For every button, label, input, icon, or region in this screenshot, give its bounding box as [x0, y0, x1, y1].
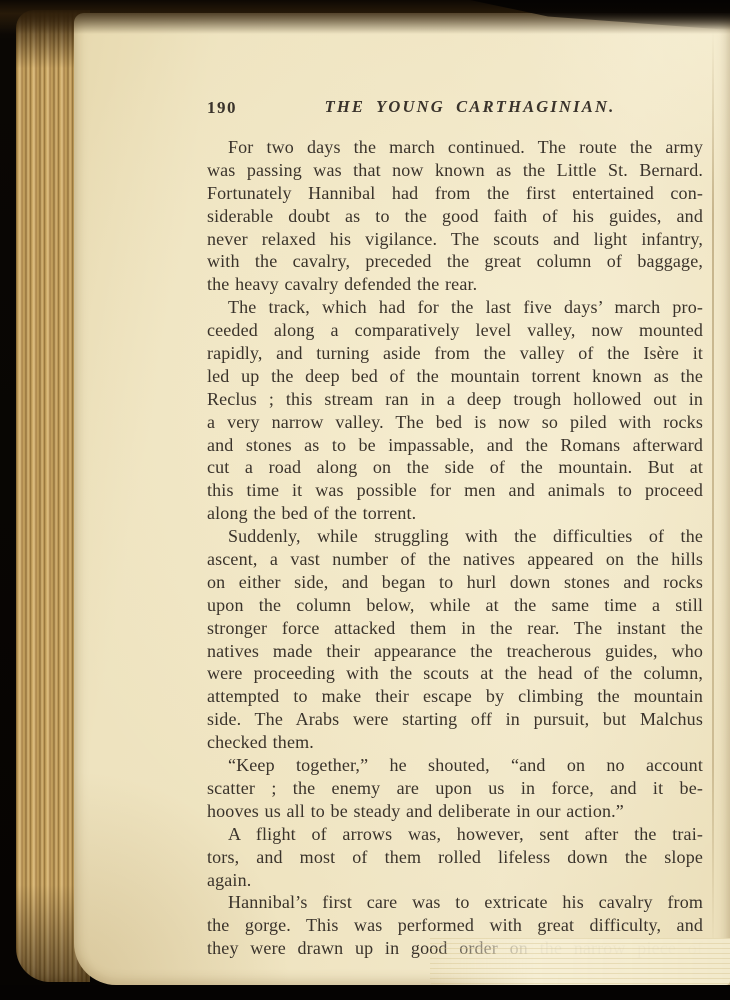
text-line: with the cavalry, preceded the great col…: [207, 250, 703, 273]
text-line: side. The Arabs were starting off in pur…: [207, 708, 703, 731]
paragraph: A flight of arrows was, however, sent af…: [207, 823, 703, 892]
text-line: attempted to make their escape by climbi…: [207, 685, 703, 708]
text-line: “Keep together,” he shouted, “and on no …: [207, 754, 703, 777]
page-header: 190 THE YOUNG CARTHAGINIAN.: [207, 97, 703, 121]
body-text: For two days the march continued. The ro…: [207, 136, 703, 960]
text-line: stronger force attacked them in the rear…: [207, 617, 703, 640]
page-crease: [712, 30, 714, 950]
text-line: scatter ; the enemy are upon us in force…: [207, 777, 703, 800]
text-line: the gorge. This was performed with great…: [207, 914, 703, 937]
text-line: hooves us all to be steady and deliberat…: [207, 800, 703, 823]
text-line: were proceeding with the scouts at the h…: [207, 662, 703, 685]
text-line: was passing was that now known as the Li…: [207, 159, 703, 182]
text-line: upon the column below, while at the same…: [207, 594, 703, 617]
paragraph: Suddenly, while struggling with the diff…: [207, 525, 703, 754]
text-line: along the bed of the torrent.: [207, 502, 703, 525]
text-line: Suddenly, while struggling with the diff…: [207, 525, 703, 548]
paragraph: For two days the march continued. The ro…: [207, 136, 703, 296]
text-line: the heavy cavalry defended the rear.: [207, 273, 703, 296]
paragraph: The track, which had for the last five d…: [207, 296, 703, 525]
text-line: led up the deep bed of the mountain torr…: [207, 365, 703, 388]
text-line: Reclus ; this stream ran in a deep troug…: [207, 388, 703, 411]
text-line: natives made their appearance the treach…: [207, 640, 703, 663]
text-line: ascent, a vast number of the natives app…: [207, 548, 703, 571]
running-title: THE YOUNG CARTHAGINIAN.: [207, 97, 703, 117]
text-line: a very narrow valley. The bed is now so …: [207, 411, 703, 434]
text-line: The track, which had for the last five d…: [207, 296, 703, 319]
text-line: tors, and most of them rolled lifeless d…: [207, 846, 703, 869]
text-line: cut a road along on the side of the moun…: [207, 456, 703, 479]
text-line: checked them.: [207, 731, 703, 754]
paragraph: “Keep together,” he shouted, “and on no …: [207, 754, 703, 823]
text-line: never relaxed his vigilance. The scouts …: [207, 228, 703, 251]
text-line: again.: [207, 869, 703, 892]
text-line: Hannibal’s first care was to extricate h…: [207, 891, 703, 914]
printed-text-block: 190 THE YOUNG CARTHAGINIAN. For two days…: [207, 97, 703, 960]
text-line: A flight of arrows was, however, sent af…: [207, 823, 703, 846]
photo-background: 190 THE YOUNG CARTHAGINIAN. For two days…: [0, 0, 730, 1000]
book-page-edges-bottom: [430, 938, 730, 985]
text-line: Fortunately Hannibal had from the first …: [207, 182, 703, 205]
text-line: and stones as to be impassable, and the …: [207, 434, 703, 457]
text-line: For two days the march continued. The ro…: [207, 136, 703, 159]
page-number: 190: [207, 98, 237, 118]
text-line: siderable doubt as to the good faith of …: [207, 205, 703, 228]
photo-bottom-edge: [0, 985, 730, 1000]
book-page: 190 THE YOUNG CARTHAGINIAN. For two days…: [74, 13, 730, 985]
text-line: this time it was possible for men and an…: [207, 479, 703, 502]
text-line: on either side, and began to hurl down s…: [207, 571, 703, 594]
text-line: rapidly, and turning aside from the vall…: [207, 342, 703, 365]
text-line: ceeded along a comparatively level valle…: [207, 319, 703, 342]
